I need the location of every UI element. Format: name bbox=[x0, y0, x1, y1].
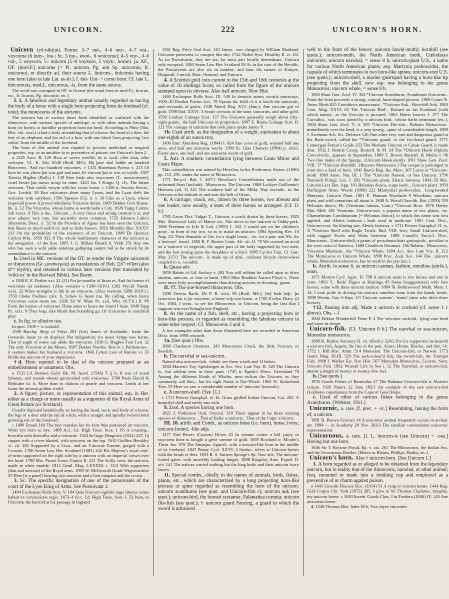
quotation-block: 1494 Exchequer Rolls Scot. V. 104 Quia U… bbox=[8, 489, 149, 504]
entry-headword-block: Unicornic, a. rare. [f. prec. + -ic.] Re… bbox=[307, 406, 448, 418]
entry-headword-block: Unicorn (yū·nikǭɹn). Forms: 3–7 uni-, 4–… bbox=[8, 47, 149, 88]
quotation-block: 1509 Barclay Shyp of Folys 202 (Let) Jam… bbox=[8, 329, 149, 359]
text-column-1: Unicorn (yū·nikǭɹn). Forms: 3–7 uni-, 4–… bbox=[8, 47, 149, 574]
quotation-block: 1469 Exchequer Rolls Scot. IX. 549 In de… bbox=[158, 94, 299, 129]
sense-block: 4. A Scottish gold coin current in the 1… bbox=[158, 77, 299, 94]
sense-block: A few examples other than those illustra… bbox=[158, 328, 299, 338]
sense-block: 3. Sc. The specific designation of one o… bbox=[8, 478, 149, 489]
quotation-block: a 1225 Ancr. R. 120 Hwa se weres wreððe,… bbox=[8, 155, 149, 256]
quotation-block: 1876 Goode Fishes of Bermudas 27 The Bah… bbox=[307, 379, 448, 394]
quotation-block: 1688 R. Holme Armoury II. vii. (Roxb.) 3… bbox=[307, 338, 448, 373]
quotation-block: 1785 Grose Dict. Vulgar T., Unicorn, a c… bbox=[158, 214, 299, 264]
text-column-3: well to the front of the fencer; unicorn… bbox=[307, 47, 448, 574]
sense-block: Usually depicted heraldically as having … bbox=[8, 408, 149, 423]
sense-block: 11. Special combs., chiefly in the names… bbox=[158, 472, 299, 511]
entry-headword-block: Unicorn's horn. Also † unicorn horn. [Se… bbox=[307, 455, 448, 461]
text-column-2: 1561 Reg. Privy Seal Scot. 143 James.. w… bbox=[158, 47, 299, 574]
sense-block: 1. A horn regarded as or alleged to be o… bbox=[307, 461, 448, 483]
sense-block: b. Used in ME. versions of the OT. to re… bbox=[8, 256, 149, 278]
running-head: UNICORN. 222 UNICORN'S HORN. bbox=[0, 25, 449, 34]
sense-block: 2. A figure, picture, or representation … bbox=[8, 391, 149, 408]
sense-block: This constellation was named by Hevelius… bbox=[158, 167, 299, 177]
sense-block: I. 1. A fabulous and legendary animal us… bbox=[8, 98, 149, 115]
page-body: Unicorn (yū·nikǭɹn). Forms: 3–7 uni-, 4–… bbox=[0, 47, 449, 574]
quotation-block: a 1300 E. E. Psalter xxi. 22 (21) Fra þe… bbox=[8, 278, 149, 318]
quotation-block: c 1711 Petiver Gazophyl. vi. lii, Grass … bbox=[158, 395, 299, 405]
entry-headword-block: Unicornous, a. rare. [f. L. ūnicorn-is (… bbox=[307, 433, 448, 445]
quotation-block: a 1533 Ld. Berners Gold. Bk. M. Aurel. (… bbox=[8, 371, 149, 391]
quotation-block: 1859 Habits of Gd. Society v. 202 You wi… bbox=[158, 270, 299, 285]
quotation-block: c 1400 Emaré 164 The fayr mayden her by-… bbox=[8, 423, 149, 479]
sense-block: The horn of this animal was reputed to p… bbox=[8, 145, 149, 155]
quotation-block: 1694 Marten's Voy. Spitzbergen in Acc. S… bbox=[158, 364, 299, 389]
sense-block: b. Attrib. in sense 6, as unicorn carman… bbox=[307, 263, 448, 274]
quotation-block: 1871 Morton Cycl. Agric. II. 708 A unico… bbox=[307, 275, 448, 305]
quotation-block: 1496 Entr. Aberdeen Reg. (1844) I. 424 A… bbox=[158, 141, 299, 156]
quotation-block: a 1441 Lincoln Diocese Doc. (1914) 51 A … bbox=[307, 484, 448, 504]
sense-block: 6. A carriage, coach, etc., drawn by thr… bbox=[158, 197, 299, 214]
sense-block: †d. Horn reputed to be that of the unico… bbox=[8, 359, 149, 370]
quotation-block: 1881 R. Brown Unicorn 14 A unicornic ani… bbox=[307, 418, 448, 433]
sense-block: 8. As the name of a fish, shell, etc., h… bbox=[158, 311, 299, 328]
page-headword-left: UNICORN. bbox=[8, 25, 149, 34]
quotation-block: 1668 Charleton Onomast. 243 Monoceros Cl… bbox=[158, 343, 299, 353]
sense-block: †b. Used attrib. as the designation of a… bbox=[158, 129, 299, 140]
column-rule-left bbox=[153, 49, 154, 576]
quotation-block: 1561 Reg. Privy Seal Scot. 143 James.. w… bbox=[158, 47, 299, 77]
sense-block: The unicorn has at various times been id… bbox=[8, 115, 149, 145]
quotation-block: 2. 1549 Thomas Hist. Italie 83 b, Two fa… bbox=[307, 504, 448, 509]
sense-block: 5. Astr. A southern constellation lying … bbox=[158, 156, 299, 167]
entry-headword-block: Unicorn-fish. [Cf. Unicorn 8 b.] The nar… bbox=[307, 326, 448, 338]
page-number: 222 bbox=[158, 25, 299, 34]
column-rule-right bbox=[303, 49, 304, 576]
sense-block: well to the front of the fencer; unicorn… bbox=[307, 47, 448, 92]
sense-block: III. 10. attrib. and Comb., as unicorn b… bbox=[158, 421, 299, 432]
sense-block: The word was corrupted in OF. to licorne… bbox=[8, 88, 149, 98]
sense-block: †12. Passing into adj. Made a unicorn or… bbox=[307, 305, 448, 316]
quotation-block: 1477 Earl Rivers (Caxton) Dictes 43 In s… bbox=[158, 432, 299, 472]
quotation-block: 1771 Encycl. Brit. I. 487/1 Hevelius's C… bbox=[158, 177, 299, 197]
page-headword-right: UNICORN'S HORN. bbox=[307, 25, 448, 34]
quotation-block: 1803 Shaw Gen. Zool. IV. 354 *Unicorn Ac… bbox=[307, 92, 448, 264]
quotation-block: 1398 Trevisa Barth. De P. R. xviii. 90 (… bbox=[158, 291, 299, 311]
dictionary-page: UNICORN. 222 UNICORN'S HORN. Unicorn (yū… bbox=[0, 0, 449, 599]
quotation-block: 1822 J. Parkinson Outl. Oryctol. 310 The… bbox=[158, 411, 299, 421]
